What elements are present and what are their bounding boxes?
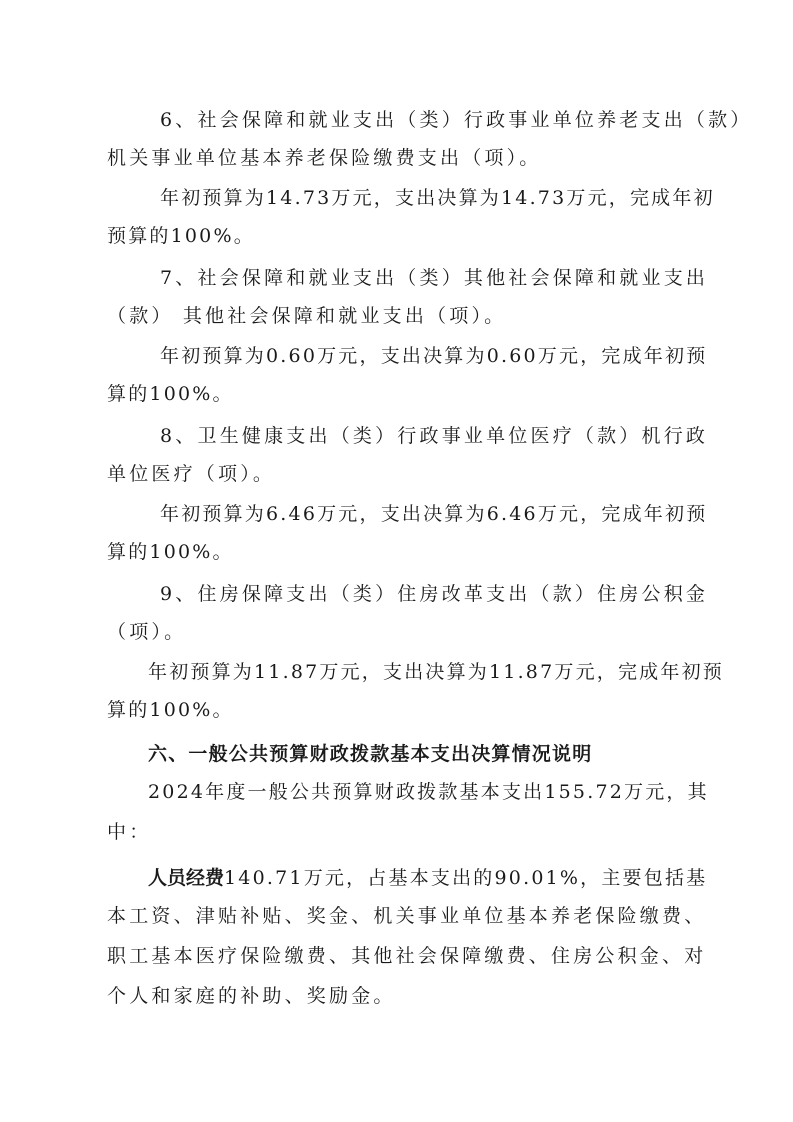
personnel-label: 人员经费 — [148, 867, 224, 889]
personnel-first-line-text: 140.71万元，占基本支出的90.01%，主要包括基 — [224, 867, 707, 889]
item-7-body-line-1: 年初预算为0.60万元，支出决算为0.60万元，完成年初预 — [160, 344, 707, 368]
item-6-body-line-2: 预算的100%。 — [107, 224, 255, 248]
item-7-body-line-2: 算的100%。 — [107, 382, 234, 406]
item-9-title-line-1: 9、住房保障支出（类）住房改革支出（款）住房公积金 — [160, 582, 708, 606]
personnel-line-4: 个人和家庭的补助、奖励金。 — [107, 984, 396, 1008]
item-9-body-line-1: 年初预算为11.87万元，支出决算为11.87万元，完成年初预 — [148, 660, 724, 684]
item-8-title-line-1: 8、卫生健康支出（类）行政事业单位医疗（款）机行政 — [160, 424, 708, 448]
item-6-title-line-2: 机关事业单位基本养老保险缴费支出（项）。 — [107, 146, 542, 170]
document-page: 6、社会保障和就业支出（类）行政事业单位养老支出（款） 机关事业单位基本养老保险… — [0, 0, 793, 1122]
item-9-title-line-2: （项）。 — [107, 620, 186, 644]
item-6-body-line-1: 年初预算为14.73万元，支出决算为14.73万元，完成年初 — [160, 186, 715, 210]
item-8-body-line-1: 年初预算为6.46万元，支出决算为6.46万元，完成年初预 — [160, 502, 707, 526]
intro-line-2: 中： — [107, 820, 151, 844]
item-8-body-line-2: 算的100%。 — [107, 540, 234, 564]
personnel-line-1: 人员经费140.71万元，占基本支出的90.01%，主要包括基 — [148, 866, 707, 890]
item-8-title-line-2: 单位医疗（项）。 — [107, 462, 275, 486]
intro-line-1: 2024年度一般公共预算财政拨款基本支出155.72万元，其 — [148, 780, 709, 804]
personnel-line-2: 本工资、津贴补贴、奖金、机关事业单位基本养老保险缴费、 — [107, 904, 706, 928]
item-7-title-line-2: （款） 其他社会保障和就业支出（项）。 — [107, 304, 506, 328]
item-6-title-line-1: 6、社会保障和就业支出（类）行政事业单位养老支出（款） — [160, 108, 753, 132]
item-9-body-line-2: 算的100%。 — [107, 698, 234, 722]
section-heading: 六、一般公共预算财政拨款基本支出决算情况说明 — [148, 742, 592, 766]
personnel-line-3: 职工基本医疗保险缴费、其他社会保障缴费、住房公积金、对 — [107, 944, 706, 968]
item-7-title-line-1: 7、社会保障和就业支出（类）其他社会保障和就业支出 — [160, 266, 708, 290]
